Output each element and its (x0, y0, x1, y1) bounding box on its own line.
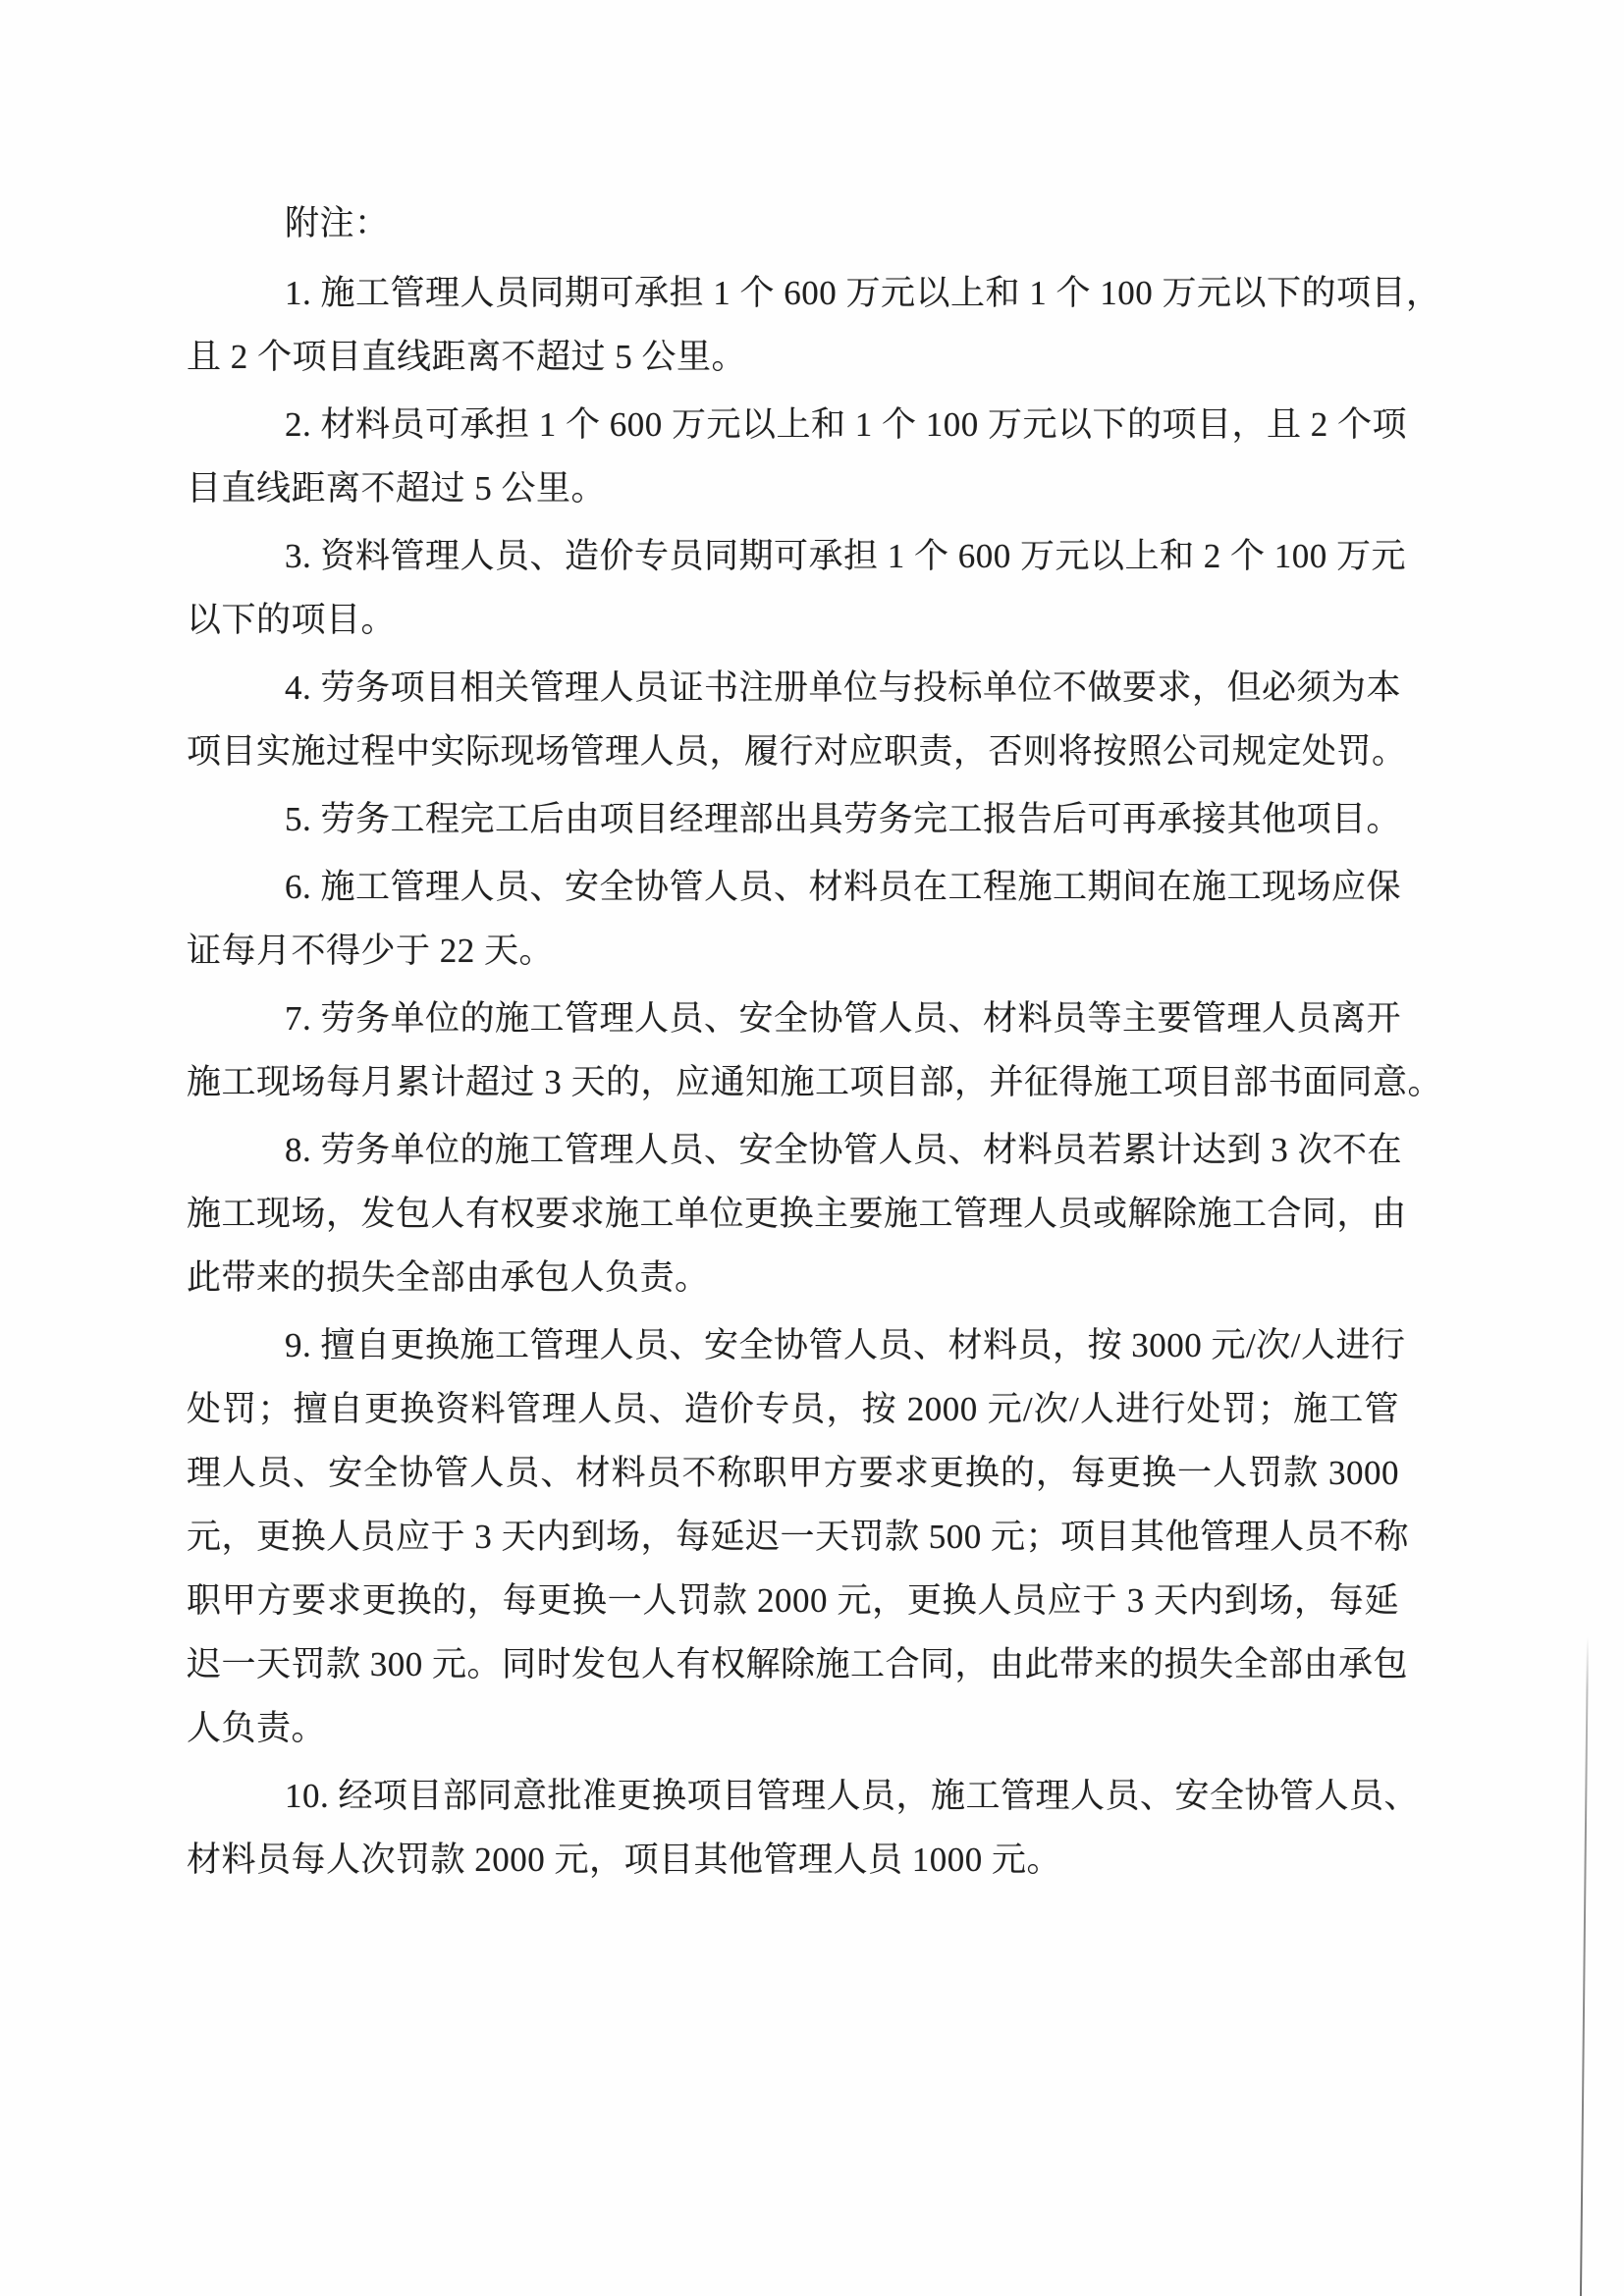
document-body: 附注： 1. 施工管理人员同期可承担 1 个 600 万元以上和 1 个 100… (187, 191, 1399, 1896)
note-paragraph: 7. 劳务单位的施工管理人员、安全协管人员、材料员等主要管理人员离开施工现场每月… (187, 987, 1399, 1114)
text-line: 6. 施工管理人员、安全协管人员、材料员在工程施工期间在施工现场应保 (187, 855, 1399, 919)
text-line: 职甲方要求更换的，每更换一人罚款 2000 元，更换人员应于 3 天内到场，每延 (187, 1569, 1399, 1632)
text-line: 3. 资料管理人员、造价专员同期可承担 1 个 600 万元以上和 2 个 10… (187, 524, 1399, 588)
note-paragraph: 10. 经项目部同意批准更换项目管理人员，施工管理人员、安全协管人员、材料员每人… (187, 1764, 1399, 1892)
text-line: 10. 经项目部同意批准更换项目管理人员，施工管理人员、安全协管人员、 (187, 1764, 1399, 1828)
note-paragraph: 9. 擅自更换施工管理人员、安全协管人员、材料员，按 3000 元/次/人进行处… (187, 1313, 1399, 1760)
text-line: 理人员、安全协管人员、材料员不称职甲方要求更换的，每更换一人罚款 3000 (187, 1441, 1399, 1505)
text-line: 处罚；擅自更换资料管理人员、造价专员，按 2000 元/次/人进行处罚；施工管 (187, 1377, 1399, 1441)
text-line: 证每月不得少于 22 天。 (187, 919, 1399, 983)
text-line: 此带来的损失全部由承包人负责。 (187, 1246, 1399, 1309)
text-line: 8. 劳务单位的施工管理人员、安全协管人员、材料员若累计达到 3 次不在 (187, 1118, 1399, 1182)
text-line: 4. 劳务项目相关管理人员证书注册单位与投标单位不做要求，但必须为本 (187, 656, 1399, 720)
document-page: 附注： 1. 施工管理人员同期可承担 1 个 600 万元以上和 1 个 100… (0, 0, 1624, 2296)
text-line: 且 2 个项目直线距离不超过 5 公里。 (187, 325, 1399, 389)
text-line: 2. 材料员可承担 1 个 600 万元以上和 1 个 100 万元以下的项目，… (187, 393, 1399, 456)
text-line: 元，更换人员应于 3 天内到场，每延迟一天罚款 500 元；项目其他管理人员不称 (187, 1505, 1399, 1569)
notes-title: 附注： (187, 191, 1399, 255)
text-line: 施工现场，发包人有权要求施工单位更换主要施工管理人员或解除施工合同，由 (187, 1182, 1399, 1246)
notes-list: 1. 施工管理人员同期可承担 1 个 600 万元以上和 1 个 100 万元以… (187, 261, 1399, 1892)
text-line: 目直线距离不超过 5 公里。 (187, 456, 1399, 520)
text-line: 7. 劳务单位的施工管理人员、安全协管人员、材料员等主要管理人员离开 (187, 987, 1399, 1050)
scan-artifact-line (1580, 1637, 1589, 2296)
text-line: 项目实施过程中实际现场管理人员，履行对应职责，否则将按照公司规定处罚。 (187, 720, 1399, 783)
text-line: 人负责。 (187, 1696, 1399, 1760)
text-line: 1. 施工管理人员同期可承担 1 个 600 万元以上和 1 个 100 万元以… (187, 261, 1399, 325)
note-paragraph: 8. 劳务单位的施工管理人员、安全协管人员、材料员若累计达到 3 次不在施工现场… (187, 1118, 1399, 1309)
note-paragraph: 2. 材料员可承担 1 个 600 万元以上和 1 个 100 万元以下的项目，… (187, 393, 1399, 520)
text-line: 以下的项目。 (187, 588, 1399, 652)
note-paragraph: 1. 施工管理人员同期可承担 1 个 600 万元以上和 1 个 100 万元以… (187, 261, 1399, 389)
text-line: 材料员每人次罚款 2000 元，项目其他管理人员 1000 元。 (187, 1828, 1399, 1892)
text-line: 施工现场每月累计超过 3 天的，应通知施工项目部，并征得施工项目部书面同意。 (187, 1050, 1399, 1114)
note-paragraph: 6. 施工管理人员、安全协管人员、材料员在工程施工期间在施工现场应保证每月不得少… (187, 855, 1399, 983)
text-line: 迟一天罚款 300 元。同时发包人有权解除施工合同，由此带来的损失全部由承包 (187, 1632, 1399, 1696)
note-paragraph: 5. 劳务工程完工后由项目经理部出具劳务完工报告后可再承接其他项目。 (187, 787, 1399, 851)
text-line: 5. 劳务工程完工后由项目经理部出具劳务完工报告后可再承接其他项目。 (187, 787, 1399, 851)
text-line: 9. 擅自更换施工管理人员、安全协管人员、材料员，按 3000 元/次/人进行 (187, 1313, 1399, 1377)
note-paragraph: 4. 劳务项目相关管理人员证书注册单位与投标单位不做要求，但必须为本项目实施过程… (187, 656, 1399, 783)
note-paragraph: 3. 资料管理人员、造价专员同期可承担 1 个 600 万元以上和 2 个 10… (187, 524, 1399, 652)
